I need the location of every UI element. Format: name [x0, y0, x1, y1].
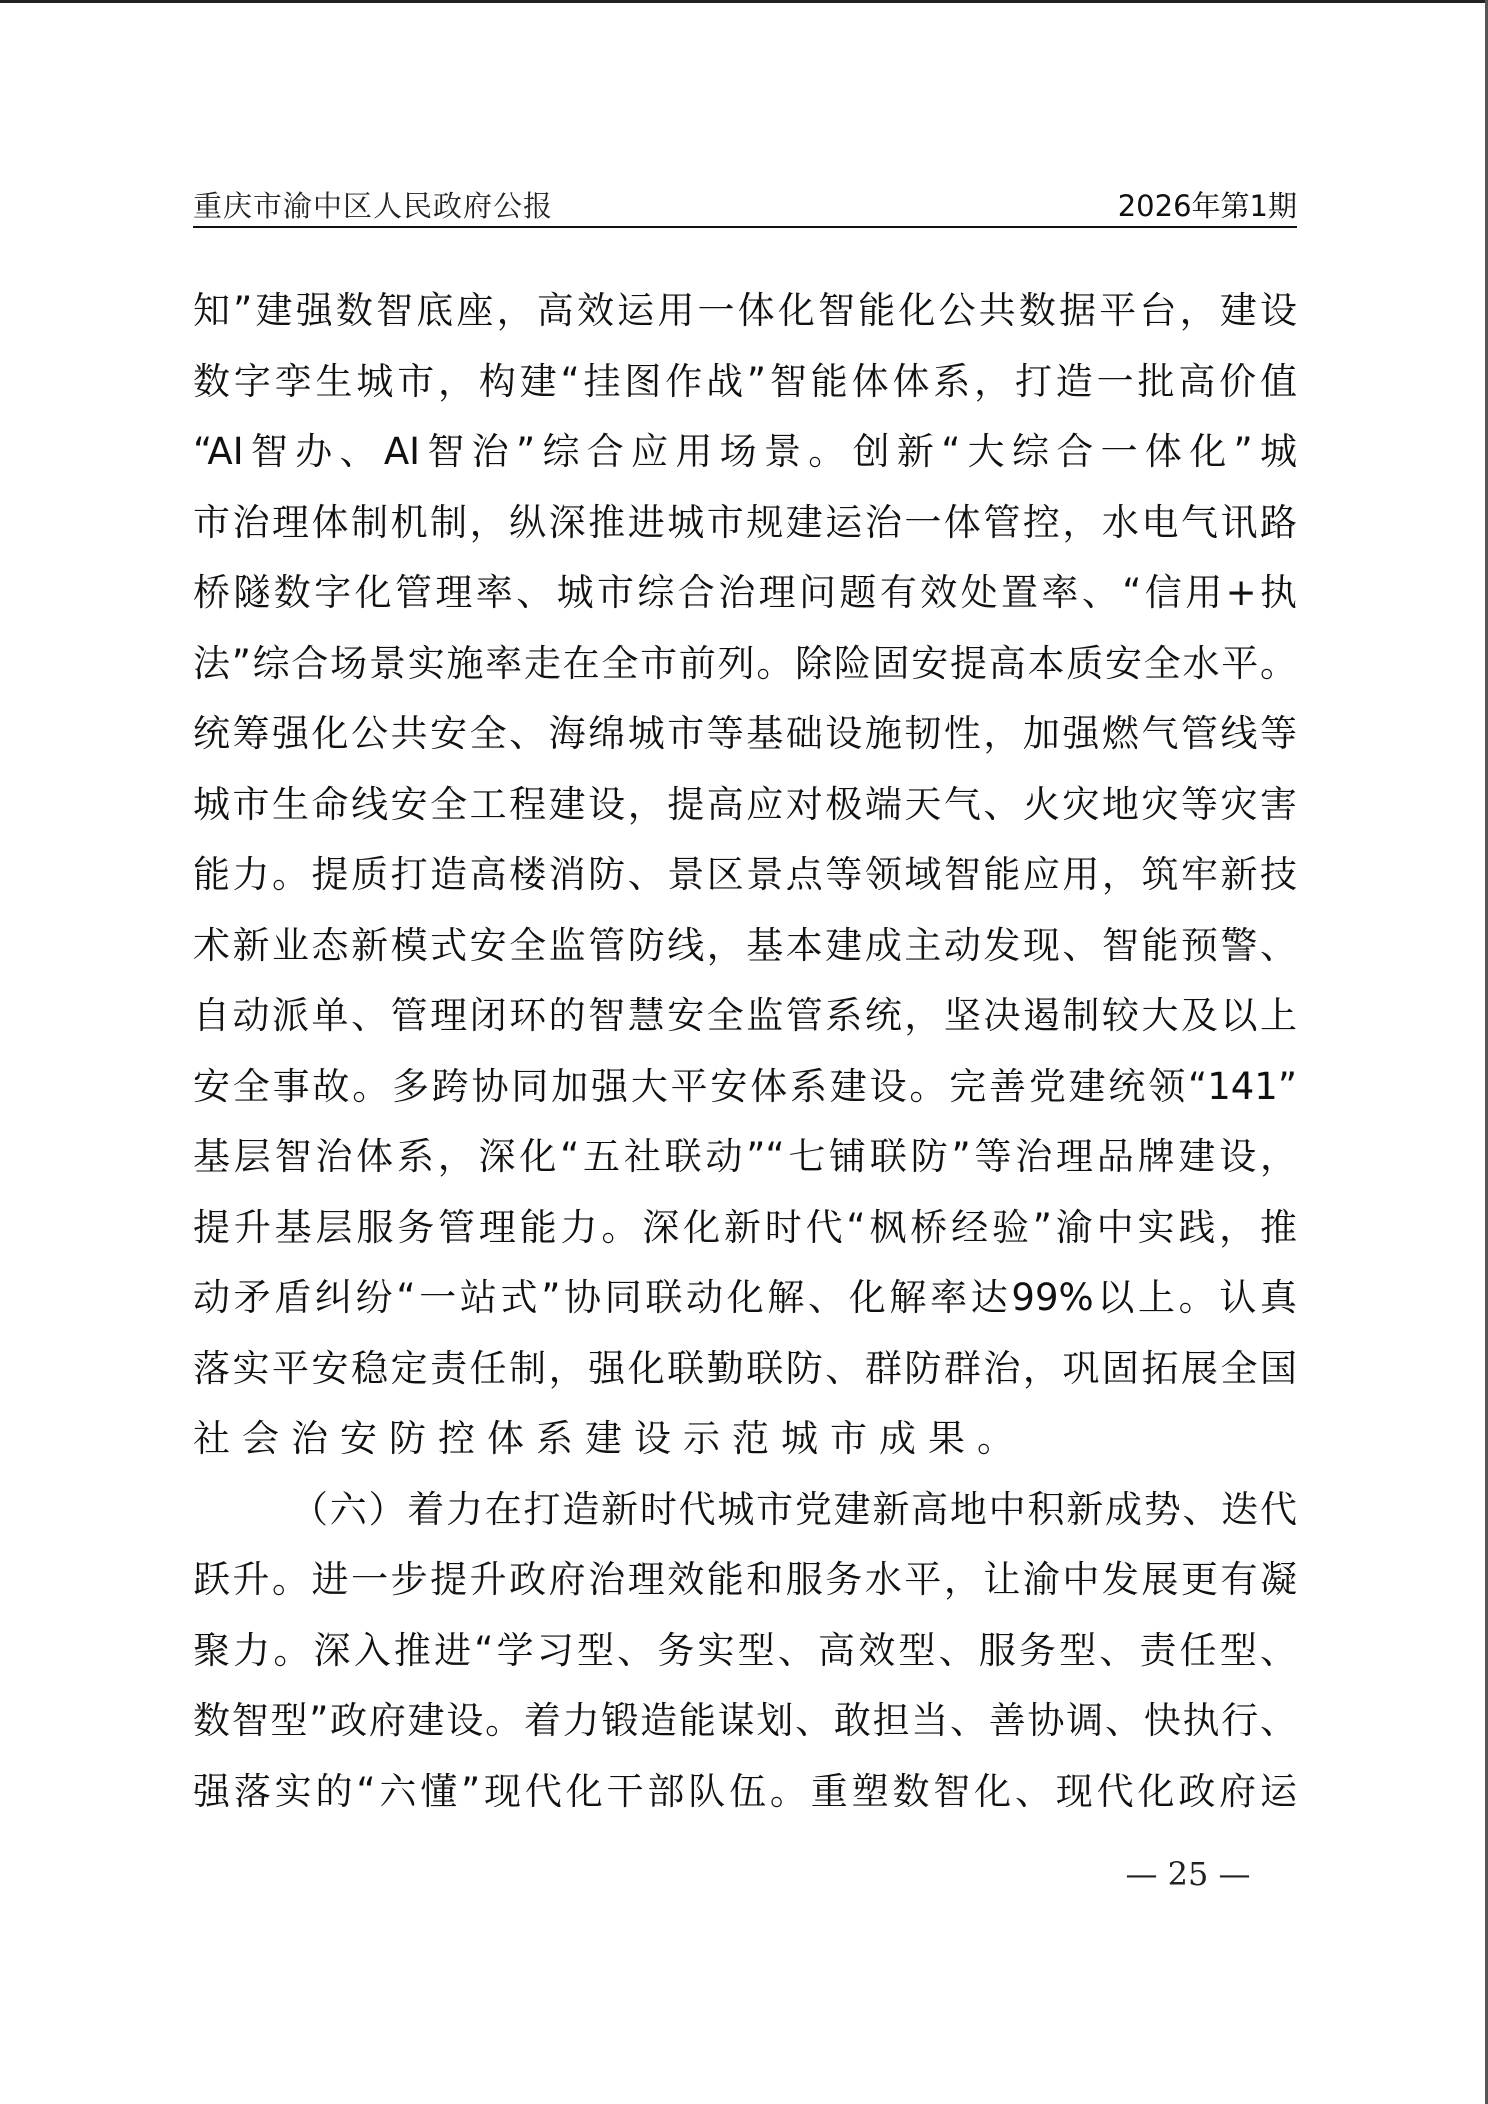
text-line: 基层智治体系，深化“五社联动”“七铺联防”等治理品牌建设，: [193, 1122, 1297, 1193]
page-top-border: [0, 0, 1488, 3]
text-line: 落实平安稳定责任制，强化联勤联防、群防群治，巩固拓展全国: [193, 1334, 1297, 1405]
body-text: 知”建强数智底座，高效运用一体化智能化公共数据平台，建设 数字孪生城市，构建“挂…: [193, 276, 1297, 1827]
text-line: 市治理体制机制，纵深推进城市规建运治一体管控，水电气讯路: [193, 488, 1297, 559]
text-line: 术新业态新模式安全监管防线，基本建成主动发现、智能预警、: [193, 911, 1297, 982]
text-line: 聚力。深入推进“学习型、务实型、高效型、服务型、责任型、: [193, 1616, 1297, 1687]
text-line: 知”建强数智底座，高效运用一体化智能化公共数据平台，建设: [193, 276, 1297, 347]
page-header: 重庆市渝中区人民政府公报 2026年第1期: [193, 178, 1297, 226]
publication-title: 重庆市渝中区人民政府公报: [193, 186, 553, 226]
text-line: “AI智办、AI智治”综合应用场景。创新“大综合一体化”城: [193, 417, 1297, 488]
issue-number: 2026年第1期: [1118, 186, 1297, 226]
text-line: 桥隧数字化管理率、城市综合治理问题有效处置率、“信用+执: [193, 558, 1297, 629]
text-line: 能力。提质打造高楼消防、景区景点等领域智能应用，筑牢新技: [193, 840, 1297, 911]
text-line: 统筹强化公共安全、海绵城市等基础设施韧性，加强燃气管线等: [193, 699, 1297, 770]
text-line: 强落实的“六懂”现代化干部队伍。重塑数智化、现代化政府运: [193, 1757, 1297, 1828]
text-line: 跃升。进一步提升政府治理效能和服务水平，让渝中发展更有凝: [193, 1545, 1297, 1616]
page-number: — 25 —: [1118, 1852, 1258, 1896]
text-line: 提升基层服务管理能力。深化新时代“枫桥经验”渝中实践，推: [193, 1193, 1297, 1264]
text-line: 动矛盾纠纷“一站式”协同联动化解、化解率达99%以上。认真: [193, 1263, 1297, 1334]
text-line: 数智型”政府建设。着力锻造能谋划、敢担当、善协调、快执行、: [193, 1686, 1297, 1757]
text-line: 数字孪生城市，构建“挂图作战”智能体体系，打造一批高价值: [193, 347, 1297, 418]
paragraph-end-line: 社会治安防控体系建设示范城市成果。: [193, 1404, 1297, 1475]
text-line: 法”综合场景实施率走在全市前列。除险固安提高本质安全水平。: [193, 629, 1297, 700]
text-line: 安全事故。多跨协同加强大平安体系建设。完善党建统领“141”: [193, 1052, 1297, 1123]
header-divider: [193, 226, 1297, 228]
section-heading-line: （六）着力在打造新时代城市党建新高地中积新成势、迭代: [193, 1475, 1297, 1546]
text-line: 城市生命线安全工程建设，提高应对极端天气、火灾地灾等灾害: [193, 770, 1297, 841]
text-line: 自动派单、管理闭环的智慧安全监管系统，坚决遏制较大及以上: [193, 981, 1297, 1052]
